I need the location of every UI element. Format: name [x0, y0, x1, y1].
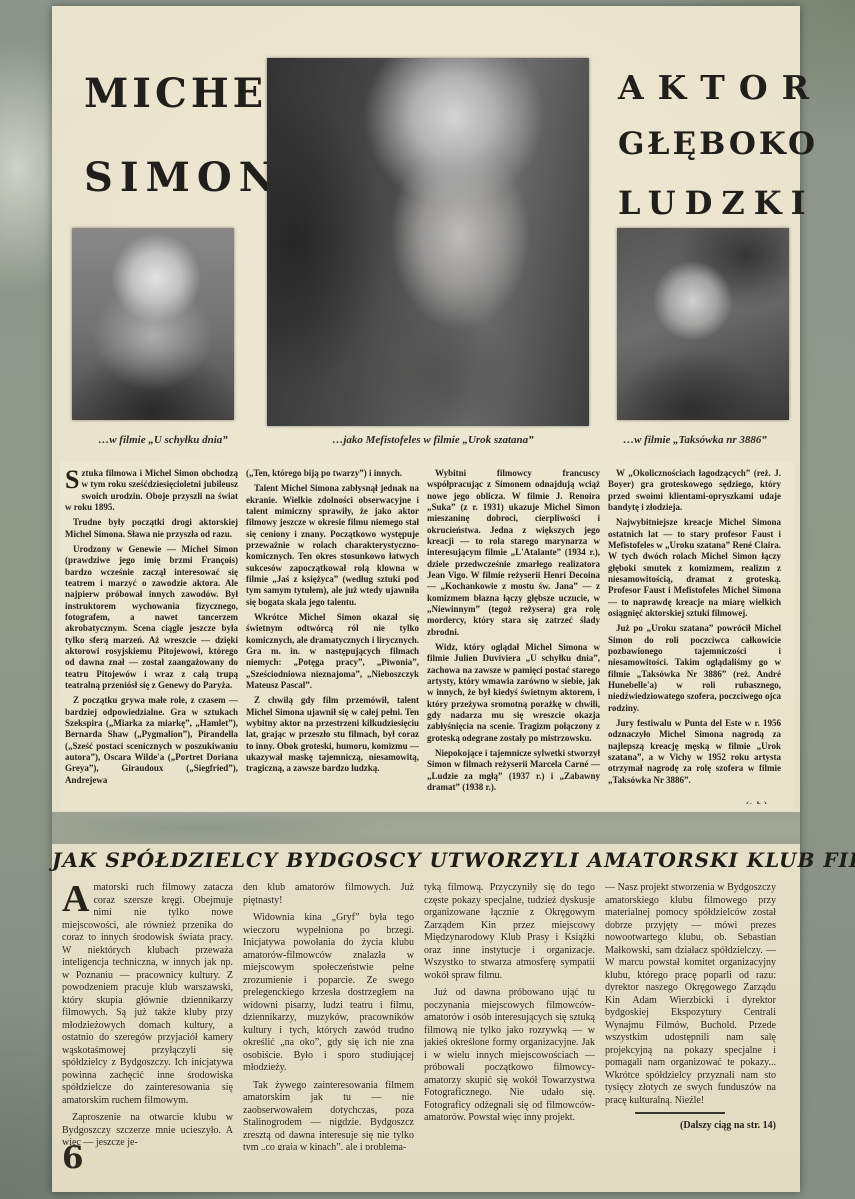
title-simon: SIMON — [84, 154, 282, 201]
photo-taksowka — [617, 228, 789, 420]
continuation-note: (Dalszy ciąg na str. 14) — [605, 1120, 776, 1131]
paragraph: Urodzony w Genewie — Michel Simon (prawd… — [65, 544, 238, 691]
paragraph: Amatorski ruch filmowy zatacza coraz sze… — [62, 882, 233, 1107]
caption-right: …w filmie „Taksówka nr 3886” — [592, 434, 798, 446]
paragraph: („Ten, którego biją po twarzy”) i innych… — [246, 468, 419, 479]
paragraph: tyką filmową. Przyczyniły się do tego cz… — [424, 882, 595, 982]
paragraph: den klub amatorów filmowych. Już piętnas… — [243, 882, 414, 907]
magazine-page-scan: MICHEL SIMON AKTOR GŁĘBOKO LUDZKI …w fil… — [0, 0, 855, 1199]
page-number: 6 — [62, 1140, 84, 1176]
article-michel-simon: Sztuka filmowa i Michel Simon obchodzą w… — [60, 462, 794, 810]
caption-left: …w filmie „U schyłku dnia” — [58, 434, 268, 446]
title-ludzki: LUDZKI — [618, 184, 815, 222]
title-aktor: AKTOR — [618, 68, 823, 107]
article2-column-4: — Nasz projekt stworzenia w Bydgoszczy a… — [605, 882, 776, 1150]
dropcap-s: S — [65, 468, 81, 491]
photo-u-schylku-dnia — [72, 228, 234, 420]
article2-headline: JAK SPÓŁDZIELCY BYDGOSCY UTWORZYLI AMATO… — [52, 848, 800, 872]
paragraph: Tak żywego zainteresowania filmem amator… — [243, 1080, 414, 1151]
caption-center: …jako Mefistofeles w filmie „Urok szatan… — [280, 434, 586, 446]
article1-column-1: Sztuka filmowa i Michel Simon obchodzą w… — [65, 468, 238, 804]
dropcap-a: A — [62, 882, 93, 915]
paragraph: W „Okolicznościach łagodzących” (reż. J.… — [608, 468, 781, 513]
paragraph: Już po „Uroku szatana” powrócił Michel S… — [608, 623, 781, 714]
paragraph: Zaproszenie na otwarcie klubu w Bydgoszc… — [62, 1112, 233, 1150]
article1-column-2: („Ten, którego biją po twarzy”) i innych… — [246, 468, 419, 804]
paragraph: — Nasz projekt stworzenia w Bydgoszczy a… — [605, 882, 776, 1107]
article1-column-3: Wybitni filmowcy francuscy współpracując… — [427, 468, 600, 804]
article2-column-2: den klub amatorów filmowych. Już piętnas… — [243, 882, 414, 1150]
paragraph: Talent Michel Simona zabłysnął jednak na… — [246, 483, 419, 608]
paragraph: Sztuka filmowa i Michel Simon obchodzą w… — [65, 468, 238, 513]
end-rule — [635, 1112, 725, 1114]
section-divider — [52, 812, 800, 844]
photo-mefistofeles — [267, 58, 589, 426]
title-gleboko: GŁĘBOKO — [618, 126, 818, 162]
paragraph: Z chwilą gdy film przemówił, talent Mich… — [246, 695, 419, 774]
author-signature: (s. b.) — [608, 800, 781, 804]
paragraph: Wybitni filmowcy francuscy współpracując… — [427, 468, 600, 638]
paragraph: Z początku grywa małe role, z czasem — b… — [65, 695, 238, 786]
paragraph: Najwybitniejsze kreacje Michel Simona os… — [608, 517, 781, 619]
paragraph: Wkrótce Michel Simon okazał się świetnym… — [246, 612, 419, 691]
paragraph: Trudne były początki drogi aktorskiej Mi… — [65, 517, 238, 540]
article1-column-4: W „Okolicznościach łagodzących” (reż. J.… — [608, 468, 781, 804]
paragraph: Widz, który oglądał Michel Simona w film… — [427, 642, 600, 744]
paper-page: MICHEL SIMON AKTOR GŁĘBOKO LUDZKI …w fil… — [52, 6, 800, 1192]
article2-column-1: Amatorski ruch filmowy zatacza coraz sze… — [62, 882, 233, 1150]
paragraph: Niepokojące i tajemnicze sylwetki stworz… — [427, 748, 600, 793]
paragraph: Już od dawna próbowano ująć tu poczynani… — [424, 987, 595, 1125]
paragraph-text: ztuka filmowa i Michel Simon obchodzą w … — [65, 468, 238, 512]
article-klub-filmowy: Amatorski ruch filmowy zatacza coraz sze… — [62, 882, 794, 1150]
paragraph: Widownia kina „Gryf” była tego wieczoru … — [243, 912, 414, 1075]
article2-column-3: tyką filmową. Przyczyniły się do tego cz… — [424, 882, 595, 1150]
paragraph: Jury festiwalu w Punta del Este w r. 195… — [608, 718, 781, 786]
